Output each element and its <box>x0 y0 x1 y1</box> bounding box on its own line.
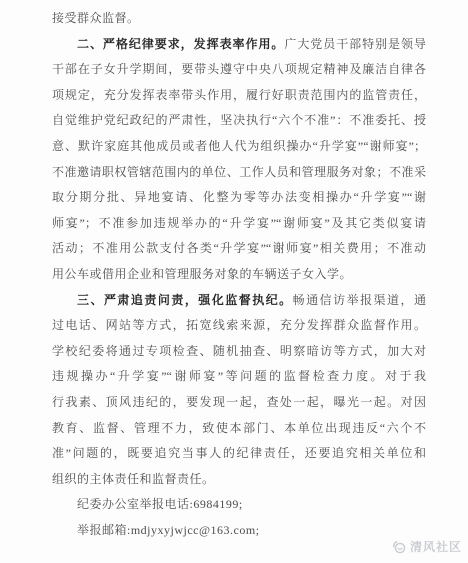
document-line: 三、严肃追责问责，强化监督执纪。畅通信访举报渠道，通 <box>52 288 426 314</box>
body-text-segment: 师宴”；不准参加违规举办的“升学宴”“谢师宴”及其它类似宴请 <box>52 216 426 230</box>
body-text-segment: 广大党员干部特别是领导 <box>284 37 426 51</box>
body-text-segment: 行我素、顶风违纪的，要发现一起，查处一起，曝光一起。对因 <box>52 395 426 409</box>
document-line: 二、严格纪律要求，发挥表率作用。广大党员干部特别是领导 <box>52 32 426 58</box>
document-line: 组织的主体责任和监督责任。 <box>52 467 426 493</box>
body-text-segment: 项规定，充分发挥表率带头作用，履行好职责范围内的监管责任， <box>52 88 426 102</box>
body-text-segment: 组织的主体责任和监督责任。 <box>52 472 215 486</box>
document-line: 活动；不准用公款支付各类“升学宴”“谢师宴”相关费用；不准动 <box>52 236 426 262</box>
document-line: 纪委办公室举报电话:6984199; <box>52 492 426 518</box>
document-body: 接受群众监督。二、严格纪律要求，发挥表率作用。广大党员干部特别是领导干部在子女升… <box>52 6 426 543</box>
document-line: 准”问题的，既要追究当事人的纪律责任，还要追究相关单位和 <box>52 441 426 467</box>
document-line: 举报邮箱:mdjyxyjwjcc@163.com; <box>52 518 426 544</box>
body-text-segment: 举报邮箱:mdjyxyjwjcc@163.com; <box>77 523 260 537</box>
body-text-segment: 畅通信访举报渠道，通 <box>293 293 426 307</box>
document-line: 取分期分批、异地宴请、化整为零等办法变相操办“升学宴”“谢 <box>52 185 426 211</box>
heading-text-segment: 二、严格纪律要求，发挥表率作用。 <box>77 37 284 51</box>
document-line: 项规定，充分发挥表率带头作用，履行好职责范围内的监管责任， <box>52 83 426 109</box>
watermark-logo-icon <box>392 540 406 554</box>
watermark: 清风社区 <box>392 538 462 555</box>
document-line: 不准邀请职权管辖范围内的单位、工作人员和管理服务对象；不准采 <box>52 160 426 186</box>
body-text-segment: 教育、监督、管理不力，致使本部门、本单位出现违反“六个不 <box>52 421 426 435</box>
watermark-label: 清风社区 <box>410 538 462 555</box>
body-text-segment: 纪委办公室举报电话:6984199; <box>77 497 243 511</box>
document-line: 违规操办“升学宴”“谢师宴”等问题的监督检查力度。对于我 <box>52 364 426 390</box>
document-line: 用公车或借用企业和管理服务对象的车辆送子女入学。 <box>52 262 426 288</box>
body-text-segment: 干部在子女升学期间，要带头遵守中央八项规定精神及廉洁自律各 <box>52 62 426 76</box>
body-text-segment: 违规操办“升学宴”“谢师宴”等问题的监督检查力度。对于我 <box>52 369 426 383</box>
document-line: 师宴”；不准参加违规举办的“升学宴”“谢师宴”及其它类似宴请 <box>52 211 426 237</box>
body-text-segment: 自觉维护党纪政纪的严肃性，坚决执行“六个不准”：不准委托、授 <box>52 113 426 127</box>
body-text-segment: 学校纪委将通过专项检查、随机抽查、明察暗访等方式，加大对 <box>52 344 426 358</box>
document-line: 接受群众监督。 <box>52 6 426 32</box>
document-line: 行我素、顶风违纪的，要发现一起，查处一起，曝光一起。对因 <box>52 390 426 416</box>
document-line: 自觉维护党纪政纪的严肃性，坚决执行“六个不准”：不准委托、授 <box>52 108 426 134</box>
body-text-segment: 准”问题的，既要追究当事人的纪律责任，还要追究相关单位和 <box>52 446 426 460</box>
body-text-segment: 不准邀请职权管辖范围内的单位、工作人员和管理服务对象；不准采 <box>52 165 426 179</box>
document-line: 学校纪委将通过专项检查、随机抽查、明察暗访等方式，加大对 <box>52 339 426 365</box>
body-text-segment: 取分期分批、异地宴请、化整为零等办法变相操办“升学宴”“谢 <box>52 190 426 204</box>
body-text-segment: 意、默许家庭其他成员或者他人代为组织操办“升学宴”“谢师宴”； <box>52 139 426 153</box>
body-text-segment: 过电话、网站等方式，拓宽线索来源，充分发挥群众监督作用。 <box>52 318 426 332</box>
document-line: 意、默许家庭其他成员或者他人代为组织操办“升学宴”“谢师宴”； <box>52 134 426 160</box>
body-text-segment: 接受群众监督。 <box>52 11 140 25</box>
heading-text-segment: 三、严肃追责问责，强化监督执纪。 <box>77 293 293 307</box>
body-text-segment: 用公车或借用企业和管理服务对象的车辆送子女入学。 <box>52 267 352 281</box>
document-page: 接受群众监督。二、严格纪律要求，发挥表率作用。广大党员干部特别是领导干部在子女升… <box>0 0 468 563</box>
body-text-segment: 活动；不准用公款支付各类“升学宴”“谢师宴”相关费用；不准动 <box>52 241 426 255</box>
document-line: 过电话、网站等方式，拓宽线索来源，充分发挥群众监督作用。 <box>52 313 426 339</box>
document-line: 干部在子女升学期间，要带头遵守中央八项规定精神及廉洁自律各 <box>52 57 426 83</box>
document-line: 教育、监督、管理不力，致使本部门、本单位出现违反“六个不 <box>52 416 426 442</box>
